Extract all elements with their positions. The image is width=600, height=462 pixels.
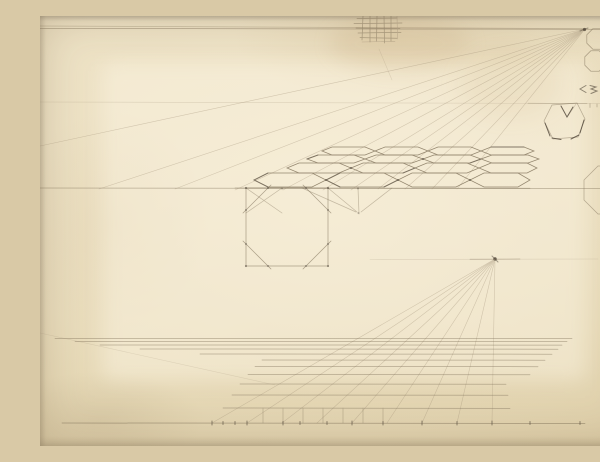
lower-vanishing-point (370, 256, 598, 262)
chevron-marks (580, 86, 597, 94)
scanned-drawing-sheet: Scanned pencil drawing - perspective stu… (40, 16, 600, 446)
square-octagon (243, 185, 331, 269)
base-line (62, 421, 585, 425)
quatrefoil (585, 29, 600, 76)
top-rule (40, 26, 600, 29)
pencil-drawing-layer (40, 16, 600, 446)
stray-line (40, 333, 275, 385)
floor-grid (55, 339, 572, 424)
octagon-detail (584, 166, 600, 214)
sketch-grid (354, 16, 402, 80)
hexagon-detail (544, 103, 585, 140)
upper-faint-rule (40, 102, 600, 104)
lower-fan (212, 259, 495, 423)
upper-fan (40, 29, 585, 190)
hex-tessellation (254, 147, 539, 187)
tick-marks (590, 104, 600, 108)
